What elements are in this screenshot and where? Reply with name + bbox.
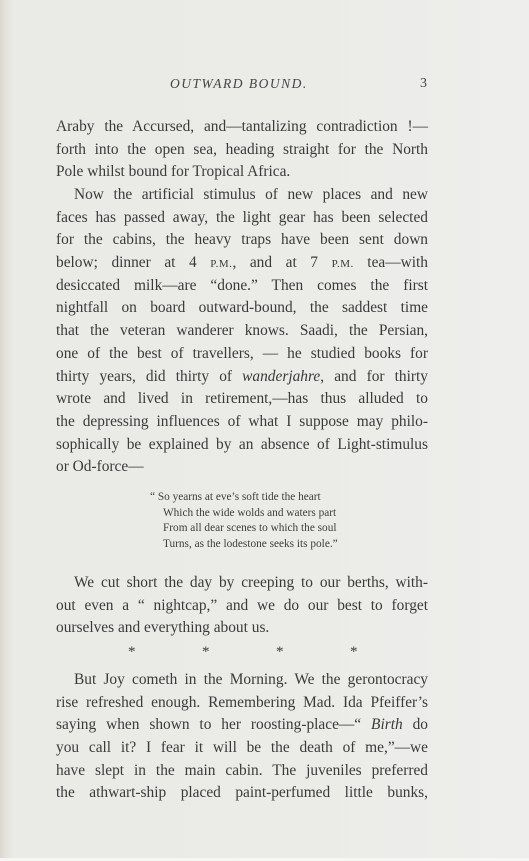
text-line: one of the best of travellers, — he stud… bbox=[56, 343, 428, 366]
text-line: have slept in the main cabin. The juveni… bbox=[56, 760, 428, 783]
text-line: below; dinner at 4 P.M., and at 7 P.M. t… bbox=[56, 252, 428, 275]
paragraph-1: Araby the Accursed, and—tantalizing cont… bbox=[56, 116, 428, 184]
text-line: But Joy cometh in the Morning. We the ge… bbox=[56, 669, 428, 692]
text-line: for the cabins, the heavy traps have bee… bbox=[56, 229, 428, 252]
verse-line: “ So yearns at eve’s soft tide the heart bbox=[150, 490, 338, 506]
text-line: or Od-force— bbox=[56, 456, 428, 479]
text-line: faces has passed away, the light gear ha… bbox=[56, 207, 428, 230]
book-page: OUTWARD BOUND. 3 Araby the Accursed, and… bbox=[0, 0, 529, 858]
verse-line: Which the wide wolds and waters part bbox=[150, 506, 338, 522]
paragraph-3: We cut short the day by creeping to our … bbox=[56, 572, 428, 640]
small-caps-pm: P.M. bbox=[332, 258, 354, 270]
asterisk-mark: * bbox=[128, 644, 136, 661]
italic-term: Birth bbox=[371, 716, 403, 733]
asterisk-mark: * bbox=[202, 644, 210, 661]
paragraph-2: Now the artificial stimulus of new place… bbox=[56, 184, 428, 479]
text-fragment: saying when shown to her roosting-place—… bbox=[56, 716, 371, 733]
text-line: desiccated milk—are “done.” Then comes t… bbox=[56, 275, 428, 298]
text-line: sophically be explained by an absence of… bbox=[56, 434, 428, 457]
text-line: out even a “ nightcap,” and we do our be… bbox=[56, 595, 428, 618]
text-line: thirty years, did thirty of wanderjahre,… bbox=[56, 366, 428, 389]
text-fragment: thirty years, did thirty of bbox=[56, 368, 242, 385]
verse-line: From all dear scenes to which the soul bbox=[150, 521, 338, 537]
text-line: Pole whilst bound for Tropical Africa. bbox=[56, 161, 428, 184]
text-line: We cut short the day by creeping to our … bbox=[56, 572, 428, 595]
text-line: Now the artificial stimulus of new place… bbox=[56, 184, 428, 207]
text-line: nightfall on board outward-bound, the sa… bbox=[56, 297, 428, 320]
small-caps-pm: P.M. bbox=[210, 258, 232, 270]
italic-term: wanderjahre bbox=[242, 368, 320, 385]
text-fragment: do bbox=[403, 716, 428, 733]
text-line: forth into the open sea, heading straigh… bbox=[56, 139, 428, 162]
verse-quotation: “ So yearns at eve’s soft tide the heart… bbox=[150, 490, 338, 552]
text-line: that the veteran wanderer knows. Saadi, … bbox=[56, 320, 428, 343]
text-line: ourselves and everything about us. bbox=[56, 617, 428, 640]
asterisk-mark: * bbox=[350, 644, 358, 661]
section-break: * * * * bbox=[0, 644, 529, 664]
text-line: the depressing influences of what I supp… bbox=[56, 411, 428, 434]
text-line: you call it? I fear it will be the death… bbox=[56, 737, 428, 760]
text-line: the athwart-ship placed paint-perfumed l… bbox=[56, 782, 428, 805]
page-number: 3 bbox=[420, 76, 427, 92]
text-fragment: tea—with bbox=[354, 254, 428, 271]
text-line: Araby the Accursed, and—tantalizing cont… bbox=[56, 116, 428, 139]
text-fragment: , and for thirty bbox=[320, 368, 428, 385]
running-head: OUTWARD BOUND. 3 bbox=[0, 76, 529, 96]
text-line: wrote and lived in retirement,—has thus … bbox=[56, 388, 428, 411]
text-line: rise refreshed enough. Remembering Mad. … bbox=[56, 692, 428, 715]
text-fragment: below; dinner at 4 bbox=[56, 254, 210, 271]
verse-line: Turns, as the lodestone seeks its pole.” bbox=[150, 537, 338, 553]
running-title: OUTWARD BOUND. bbox=[170, 76, 308, 92]
text-line: saying when shown to her roosting-place—… bbox=[56, 714, 428, 737]
text-fragment: , and at 7 bbox=[232, 254, 331, 271]
asterisk-mark: * bbox=[276, 644, 284, 661]
paragraph-4: But Joy cometh in the Morning. We the ge… bbox=[56, 669, 428, 805]
